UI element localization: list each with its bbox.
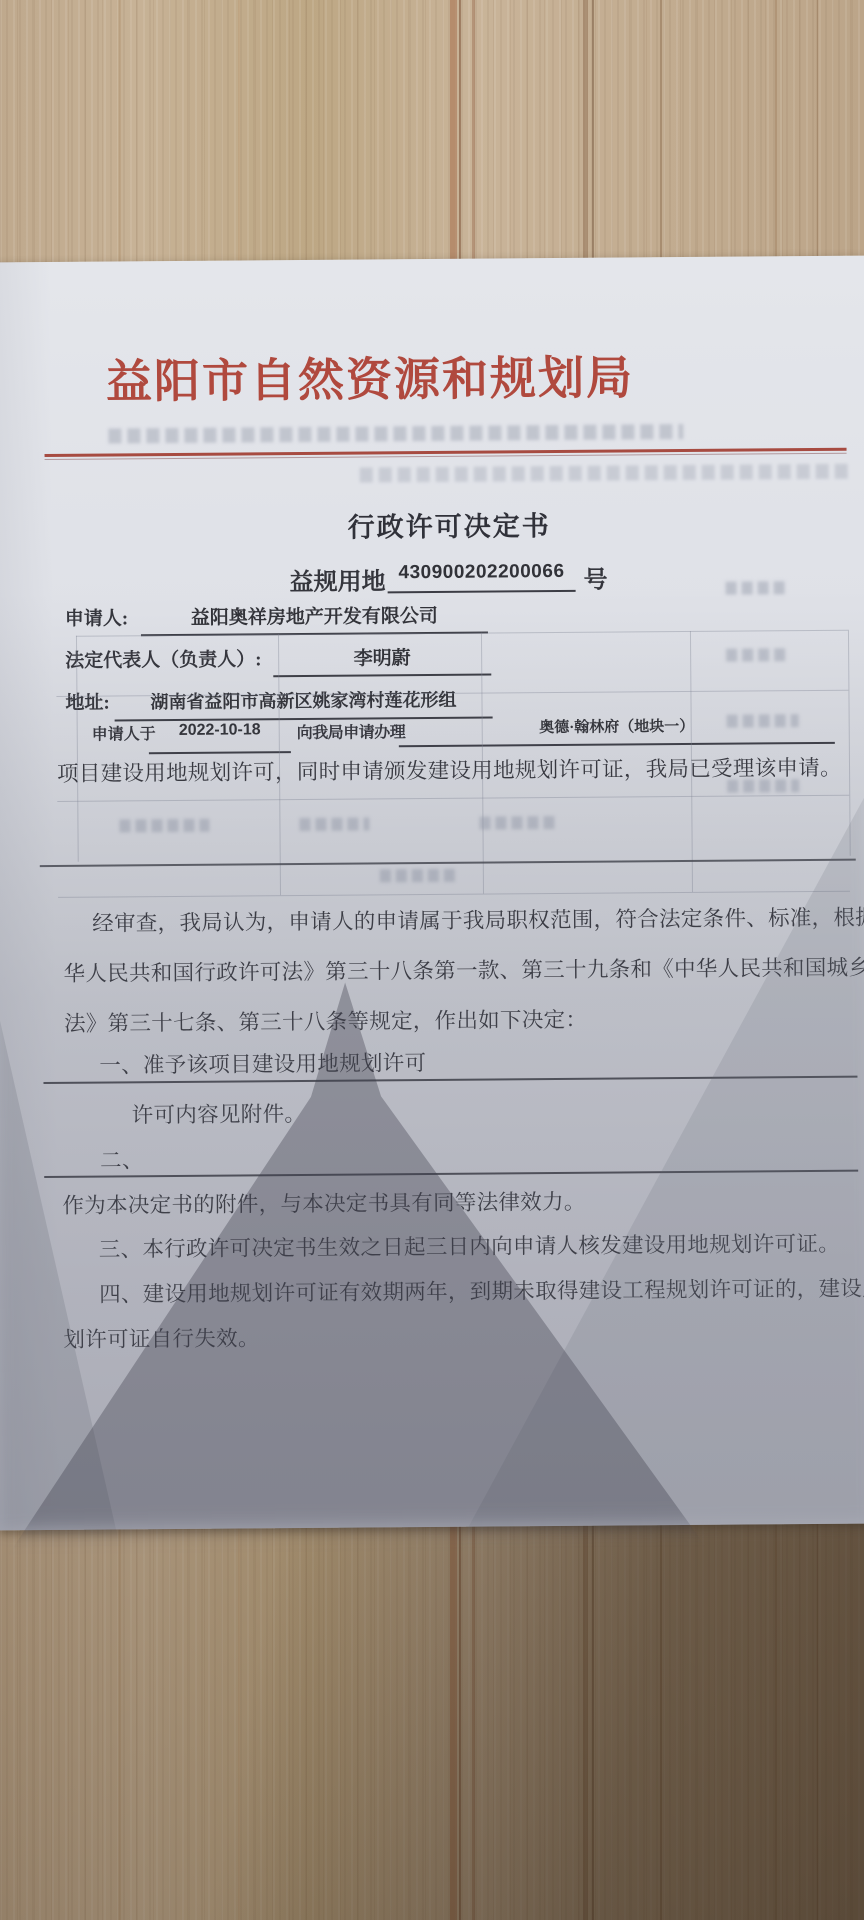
body-line-1: 经审查，我局认为，申请人的申请属于我局职权范围，符合法定条件、标准，根据《中 xyxy=(92,900,864,938)
table-bottom-rule xyxy=(40,859,856,867)
body-line-4: 一、准予该项目建设用地规划许可 xyxy=(99,1046,426,1080)
document-title: 行政许可决定书 xyxy=(37,502,861,547)
ghost-cell-smudge xyxy=(726,648,790,662)
body-line-8: 三、本行政许可决定书生效之日起三日内向申请人核发建设用地规划许可证。 xyxy=(99,1227,840,1264)
paper-sheet: 益阳市自然资源和规划局 行政许可决定书 益规用地 430900202200066… xyxy=(0,256,864,1531)
agency-masthead: 益阳市自然资源和规划局 xyxy=(106,341,635,411)
ghost-cell-smudge xyxy=(380,869,460,883)
applicant-value: 益阳奥祥房地产开发有限公司 xyxy=(141,598,488,637)
applied-date: 2022-10-18 xyxy=(149,715,291,754)
printed-content: 益阳市自然资源和规划局 行政许可决定书 益规用地 430900202200066… xyxy=(0,256,864,1531)
ghost-cell-smudge xyxy=(299,817,369,831)
receipt-line: 项目建设用地规划许可，同时申请颁发建设用地规划许可证，我局已受理该申请。 xyxy=(57,751,842,788)
applicant-label: 申请人: xyxy=(65,603,129,630)
doc-number-value: 430900202200066 xyxy=(387,558,575,593)
body-line-2: 华人民共和国行政许可法》第三十八条第一款、第三十九条和《中华人民共和国城乡规划 xyxy=(63,950,864,988)
body-line-3: 法》第三十七条、第三十八条等规定，作出如下决定： xyxy=(64,1003,587,1038)
ghost-table-line xyxy=(58,891,850,898)
ghost-cell-smudge xyxy=(727,779,799,793)
body-line-7: 作为本决定书的附件，与本决定书具有同等法律效力。 xyxy=(62,1185,585,1220)
doc-number-prefix: 益规用地 xyxy=(289,561,385,597)
desk-shadow-lower xyxy=(0,1521,864,1920)
photo-of-document-on-desk: 益阳市自然资源和规划局 行政许可决定书 益规用地 430900202200066… xyxy=(0,0,864,1920)
body-line-6: 二、 xyxy=(100,1143,144,1174)
ghost-cell-smudge xyxy=(479,816,559,830)
ghost-cell-smudge xyxy=(726,581,790,595)
body-line-9: 四、建设用地规划许可证有效期两年，到期未取得建设工程规划许可证的，建设用地规 xyxy=(99,1271,864,1309)
address-label: 地址: xyxy=(65,688,110,715)
body-line-5: 许可内容见附件。 xyxy=(132,1097,307,1129)
bleedthrough-text-smudge xyxy=(108,424,683,444)
doc-number-suffix: 号 xyxy=(583,560,607,595)
ghost-cell-smudge xyxy=(119,819,209,833)
legal-rep-value: 李明蔚 xyxy=(273,640,491,678)
legal-rep-label: 法定代表人（负责人）: xyxy=(65,644,262,673)
applied-prefix: 申请人于 xyxy=(92,721,156,745)
ghost-table-line xyxy=(848,630,851,856)
body-line-10: 划许可证自行失效。 xyxy=(63,1321,259,1354)
applied-middle-label: 向我局申请办理 xyxy=(297,719,406,743)
bleedthrough-text-smudge xyxy=(360,464,850,483)
ghost-table-line xyxy=(57,795,849,802)
decision-underline xyxy=(44,1170,858,1178)
ghost-cell-smudge xyxy=(727,714,799,728)
